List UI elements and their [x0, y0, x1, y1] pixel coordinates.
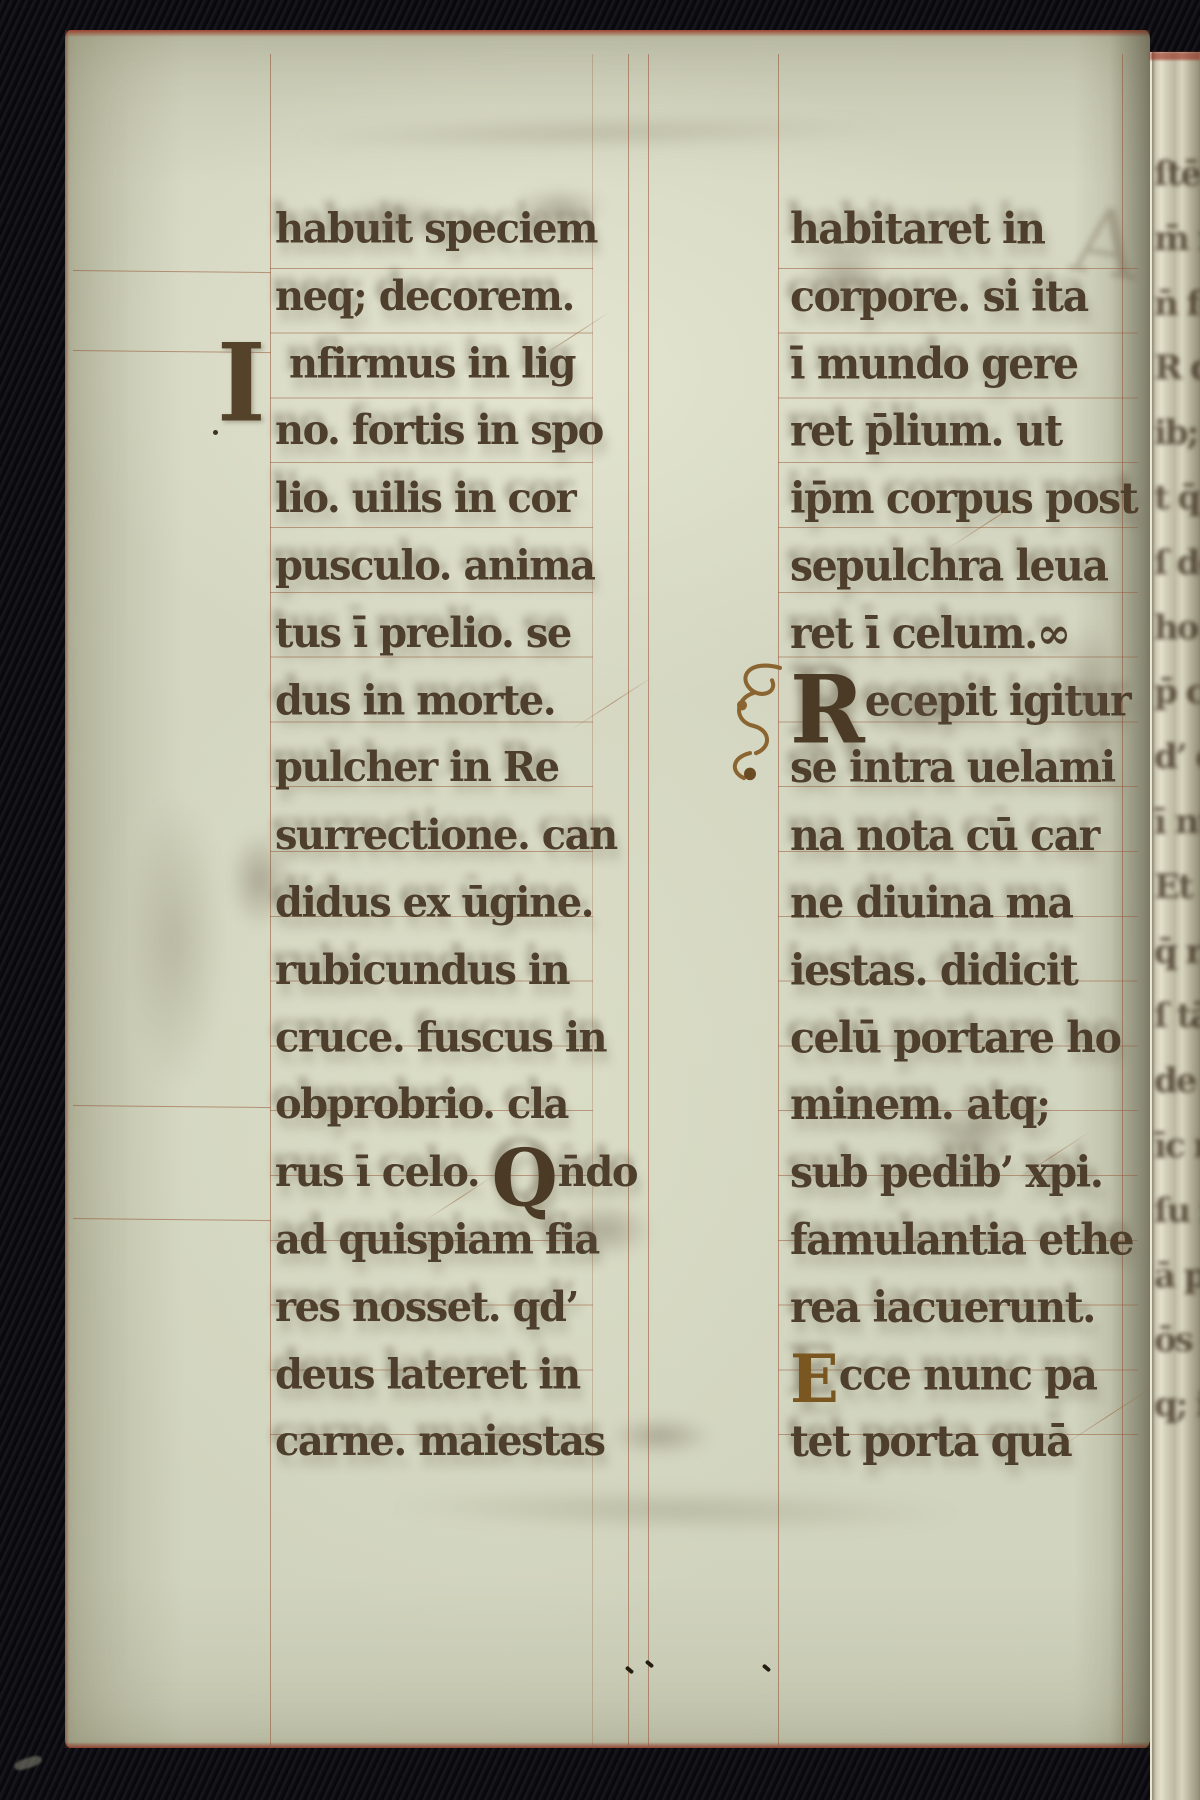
line-text: ī mundo gere — [790, 339, 1078, 389]
ghost-line: d’ om — [1154, 725, 1200, 790]
manuscript-line: tus ī prelio. se — [275, 608, 605, 675]
manuscript-line: carne. maiestas — [275, 1417, 605, 1484]
line-text: surrectione. can — [275, 810, 617, 859]
line-text: rus ī celo. — [275, 1147, 492, 1196]
fore-edge-ghost-text: ſtē ad m̄ ſp n̄ fer R do ib; ſo t q̄ m ſ… — [1154, 142, 1200, 1438]
ghost-line: p̄ ce — [1154, 660, 1200, 725]
manuscript-line: surrectione. can — [275, 810, 605, 877]
ghost-line: ho īt — [1154, 596, 1200, 661]
line-text: na nota cū car — [790, 810, 1099, 860]
line-text: ret ī celum.∞ — [790, 608, 1070, 658]
ink-offset-smudge — [585, 1408, 735, 1464]
manuscript-line: rubicundus in — [275, 945, 605, 1012]
parchment-wrinkle — [265, 1474, 1086, 1545]
fore-edge-red-stain — [1150, 52, 1200, 60]
ghost-line: ſu r — [1154, 1179, 1200, 1244]
ink-offset-smudge — [1045, 590, 1135, 810]
line-text: ne diuina ma — [790, 878, 1072, 928]
ghost-line: ī nū — [1154, 790, 1200, 855]
line-text: cruce. fuscus in — [275, 1013, 606, 1062]
ghost-line: ſ der — [1154, 531, 1200, 596]
line-text: ret p̄lium. ut — [790, 406, 1062, 456]
manuscript-line: ne diuina ma — [790, 878, 1140, 945]
margin-dot — [213, 430, 218, 435]
ghost-line: ōs ē — [1154, 1308, 1200, 1373]
manuscript-line: Ecce nunc pa — [790, 1350, 1140, 1417]
ghost-line: ib; ſo — [1154, 401, 1200, 466]
page-left-red-edge — [65, 30, 69, 1748]
ink-offset-smudge — [215, 810, 305, 950]
manuscript-line: no. fortis in spo — [275, 406, 605, 473]
ruling-through-line — [73, 270, 271, 273]
ink-offset-smudge — [315, 190, 475, 250]
manuscript-line: ip̄m corpus post — [790, 474, 1140, 541]
manuscript-line: rea iacuerunt. — [790, 1282, 1140, 1349]
manuscript-line: res nosset. qd’ — [275, 1282, 605, 1349]
line-text: rea iacuerunt. — [790, 1282, 1095, 1332]
ghost-line: ā pt — [1154, 1244, 1200, 1309]
manuscript-line: cruce. fuscus in — [275, 1013, 605, 1080]
line-text: dus in morte. — [275, 676, 555, 725]
line-text: obprobrio. cla — [275, 1080, 568, 1129]
line-text: tet porta quā — [790, 1417, 1071, 1467]
cloth-scratch-mark — [13, 1754, 43, 1772]
ink-offset-smudge — [785, 230, 905, 320]
line-text: res nosset. qd’ — [275, 1282, 578, 1331]
manuscript-line: I nfirmus in lig — [275, 339, 605, 406]
text-column-right: habitaret in corpore. si ita ī mundo ger… — [790, 204, 1140, 1484]
ink-offset-smudge — [845, 670, 995, 750]
ghost-line: ſ tā — [1154, 984, 1200, 1049]
ghost-line: R do — [1154, 336, 1200, 401]
line-text: pulcher in Re — [275, 743, 559, 792]
ghost-line: Et ſi — [1154, 855, 1200, 920]
ghost-line: q; ia — [1154, 1373, 1200, 1438]
manuscript-line: dus in morte. — [275, 676, 605, 743]
manuscript-line: didus ex ūgine. — [275, 878, 605, 945]
prick-mark — [645, 1660, 654, 1669]
ruling-through-line — [73, 1218, 271, 1221]
line-text: iestas. didicit — [790, 945, 1077, 995]
drop-cap-i: I — [217, 328, 264, 436]
text-column-left: habuit speciem neq; decorem. I nfirmus i… — [275, 204, 605, 1484]
line-text: carne. maiestas — [275, 1417, 605, 1466]
ruling-vertical-center-b — [648, 54, 649, 1746]
manuscript-line: deus lateret in — [275, 1350, 605, 1417]
ink-offset-smudge — [535, 1190, 675, 1270]
line-text: didus ex ūgine. — [275, 878, 593, 927]
manuscript-line: ret p̄lium. ut — [790, 406, 1140, 473]
ghost-line: īc m — [1154, 1114, 1200, 1179]
manuscript-line: pulcher in Re — [275, 743, 605, 810]
manuscript-line: famulantia ethe — [790, 1215, 1140, 1282]
line-text: neq; decorem. — [275, 271, 574, 320]
manuscript-line: ī mundo gere — [790, 339, 1140, 406]
prick-mark — [625, 1666, 634, 1675]
ghost-line: t q̄ m — [1154, 466, 1200, 531]
line-text: no. fortis in spo — [275, 406, 603, 455]
parchment-wrinkle — [155, 102, 1036, 163]
line-text: tus ī prelio. se — [275, 608, 571, 657]
ink-offset-smudge — [905, 1090, 1035, 1180]
line-text: famulantia ethe — [790, 1215, 1133, 1265]
drop-cap-e: E — [790, 1350, 839, 1396]
ruling-vertical-center-a — [628, 54, 629, 1746]
ghost-line: q̄ ro — [1154, 920, 1200, 985]
line-text: lio. uilis in cor — [275, 474, 575, 523]
manuscript-line: iestas. didicit — [790, 945, 1140, 1012]
prick-mark — [762, 1664, 771, 1673]
ghost-line: m̄ ſp — [1154, 207, 1200, 272]
ghost-line: n̄ fer — [1154, 272, 1200, 337]
manuscript-line: neq; decorem. — [275, 271, 605, 338]
page-top-red-edge — [65, 30, 1150, 37]
manuscript-line: pusculo. anima — [275, 541, 605, 608]
manuscript-line: na nota cū car — [790, 810, 1140, 877]
drop-cap-q: Q — [492, 1147, 558, 1193]
line-text: celū portare ho — [790, 1013, 1120, 1063]
manuscript-line: tet porta quā — [790, 1417, 1140, 1484]
line-text: pusculo. anima — [275, 541, 594, 590]
line-text: n̄do — [558, 1147, 637, 1196]
manuscript-photo: habuit speciem neq; decorem. I nfirmus i… — [0, 0, 1200, 1800]
line-text: cce nunc pa — [839, 1350, 1097, 1400]
manuscript-line: lio. uilis in cor — [275, 474, 605, 541]
line-text: rubicundus in — [275, 945, 569, 994]
line-text: nfirmus in lig — [289, 339, 575, 388]
parchment-page: habuit speciem neq; decorem. I nfirmus i… — [65, 30, 1150, 1748]
ink-offset-smudge — [495, 180, 625, 235]
ghost-line: de ſp — [1154, 1049, 1200, 1114]
line-text: deus lateret in — [275, 1350, 580, 1399]
line-text: ip̄m corpus post — [790, 474, 1137, 524]
manuscript-line: celū portare ho — [790, 1013, 1140, 1080]
page-bottom-red-edge — [65, 1742, 1150, 1748]
parchment-wrinkle — [105, 730, 245, 1150]
ghost-line: ſtē ad — [1154, 142, 1200, 207]
fore-edge-pages: ſtē ad m̄ ſp n̄ fer R do ib; ſo t q̄ m ſ… — [1150, 52, 1200, 1800]
